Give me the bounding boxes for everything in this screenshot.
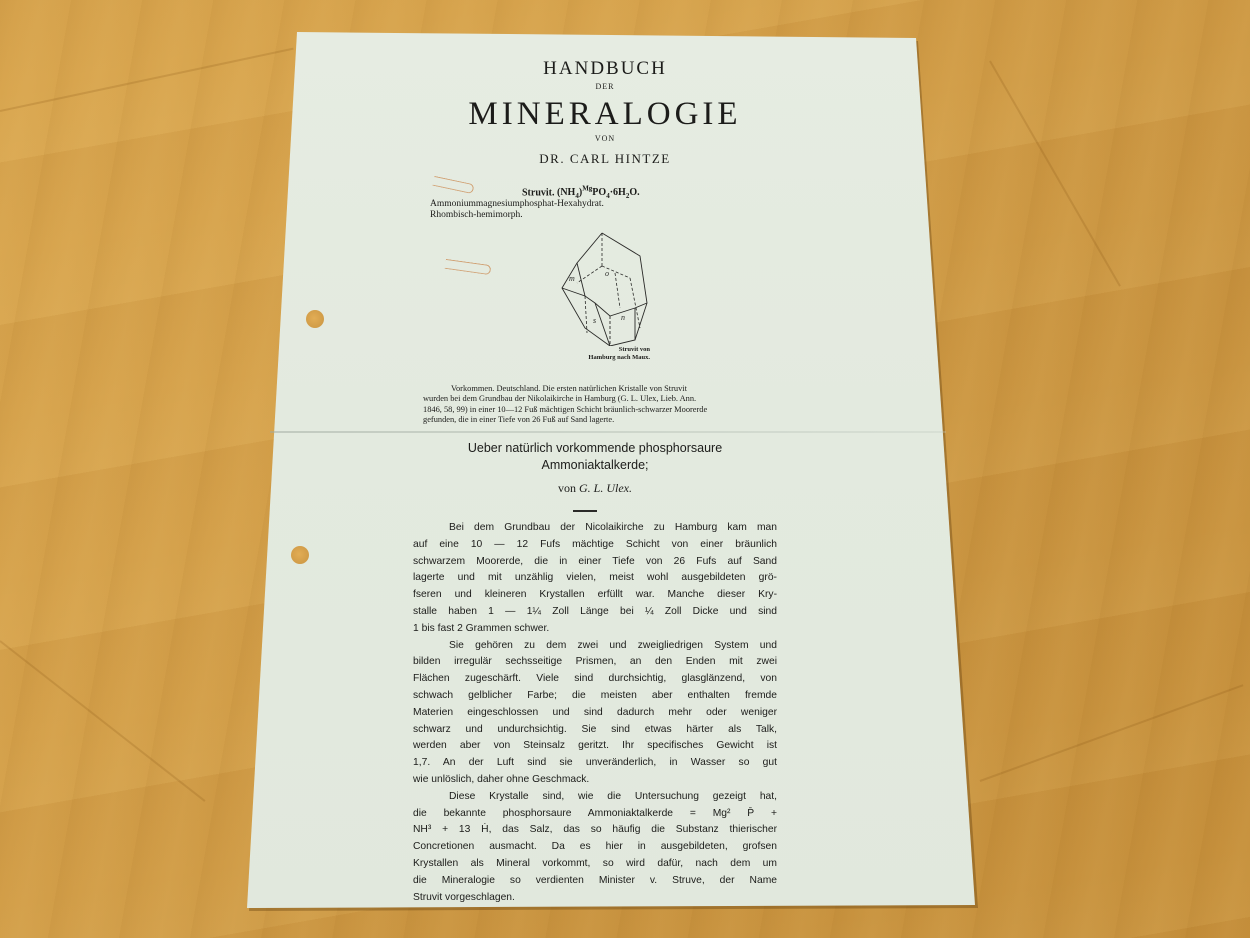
body-line: bilden irregulär sechsseitige Prismen, a… — [413, 654, 777, 671]
separator-rule — [573, 510, 597, 512]
body-line: Bei dem Grundbau der Nicolaikirche zu Ha… — [413, 520, 777, 537]
body-line: stalle haben 1 — 1¼ Zoll Länge bei ¼ Zol… — [413, 604, 777, 621]
body-line: schwarzem Moorerde, die in einer Tiefe v… — [413, 554, 777, 571]
svg-text:o: o — [605, 269, 609, 278]
body-line: Struvit vorgeschlagen. — [413, 890, 777, 907]
body-line: die Mineralogie so verdienten Minister v… — [413, 873, 777, 890]
formula-text: (NH4)MgPO4·6H2O. — [557, 187, 640, 198]
body-line: Concretionen ausmacht. Da es hier in aus… — [413, 839, 777, 856]
body-line: fseren und kleineren Krystallen erfüllt … — [413, 587, 777, 604]
body-line: auf eine 10 — 12 Fufs mächtige Schicht v… — [413, 537, 777, 554]
body-line: Sie gehören zu dem zwei und zweigliedrig… — [413, 638, 777, 655]
body-line: Krystallen als Mineral vorkommt, so wird… — [413, 856, 777, 873]
svg-text:m: m — [569, 274, 575, 283]
body-line: werden aber von Steinsalz geritzt. Ihr s… — [413, 738, 777, 755]
document-content: HANDBUCH DER MINERALOGIE VON DR. CARL HI… — [0, 0, 1250, 938]
figure-caption: Struvit von Hamburg nach Maux. — [560, 346, 650, 362]
crystal-diagram-figure: m o s n — [555, 228, 650, 346]
mineral-name: Struvit. — [522, 187, 555, 198]
header-author: DR. CARL HINTZE — [530, 151, 680, 167]
body-line: 1,7. An der Luft sind sie unveränderlich… — [413, 755, 777, 772]
article-title: Ueber natürlich vorkommende phosphorsaur… — [440, 440, 750, 474]
article-body: Bei dem Grundbau der Nicolaikirche zu Ha… — [413, 520, 777, 906]
article-author-line: von G. L. Ulex. — [440, 481, 750, 496]
header-title: MINERALOGIE — [455, 96, 755, 133]
body-line: 1 bis fast 2 Grammen schwer. — [413, 621, 777, 638]
chemical-name: Ammoniummagnesiumphosphat-Hexahydrat. — [430, 199, 604, 209]
body-line: Materien eingeschlossen und sind dadurch… — [413, 705, 777, 722]
article-author: G. L. Ulex. — [579, 481, 632, 495]
crystal-system: Rhombisch-hemimorph. — [430, 210, 523, 220]
header-der: DER — [580, 82, 630, 91]
body-line: Diese Krystalle sind, wie die Untersuchu… — [413, 789, 777, 806]
body-line: lagerte und mit unzählig vielen, meist w… — [413, 570, 777, 587]
occurrence-paragraph: Vorkommen. Deutschland. Die ersten natür… — [423, 384, 801, 425]
body-line: die bekannte phosphorsaure Ammoniaktalke… — [413, 806, 777, 823]
svg-text:s: s — [593, 316, 596, 325]
body-line: schwach gelblicher Farbe; die meisten ab… — [413, 688, 777, 705]
body-line: Flächen zugeschärft. Viele sind durchsic… — [413, 671, 777, 688]
body-line: NH³ + 13 Ḣ, das Salz, das so häufig die … — [413, 822, 777, 839]
header-von: VON — [580, 134, 630, 143]
body-line: schwarz und undurchsichtig. Sie sind etw… — [413, 722, 777, 739]
svg-text:n: n — [621, 313, 625, 322]
header-handbuch: HANDBUCH — [540, 58, 670, 80]
body-line: wie unlöslich, daher ohne Geschmack. — [413, 772, 777, 789]
